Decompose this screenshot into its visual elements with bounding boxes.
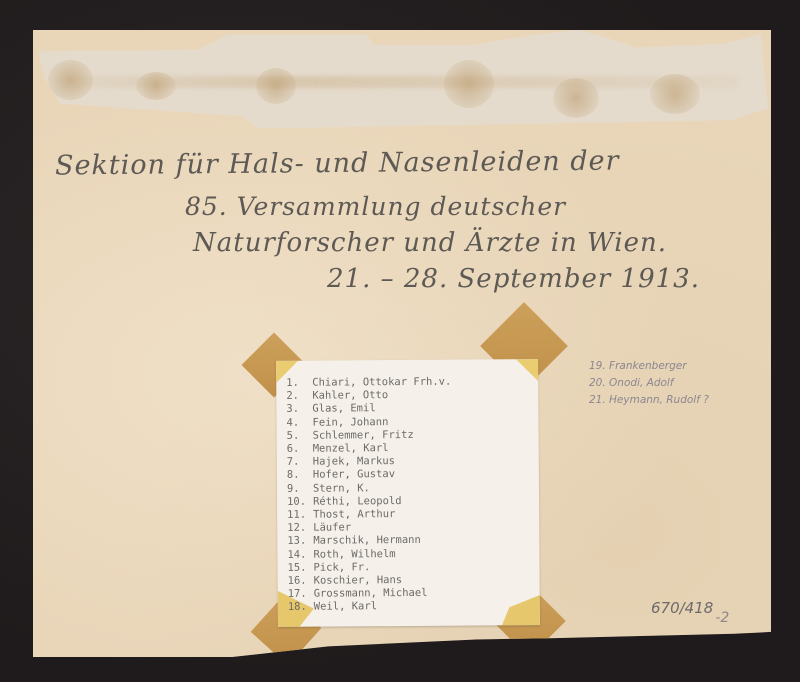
list-item: 17.Grossmann, Michael xyxy=(288,587,453,601)
participant-name: Schlemmer, Fritz xyxy=(313,429,414,442)
participant-name: Grossmann, Michael xyxy=(314,587,428,600)
list-item: 8.Hofer, Gustav xyxy=(287,468,452,482)
participant-name: Kahler, Otto xyxy=(312,389,388,402)
participant-name: Stern, K. xyxy=(313,482,370,494)
list-item: 6.Menzel, Karl xyxy=(287,442,452,456)
list-item: 13.Marschik, Hermann xyxy=(287,534,452,548)
handwritten-title-line-3: Naturforscher und Ärzte in Wien. xyxy=(193,228,667,258)
list-item: 4.Fein, Johann xyxy=(286,415,451,429)
list-item: 18.Weil, Karl xyxy=(288,600,453,614)
participant-name: Hofer, Gustav xyxy=(313,469,395,482)
list-item: 2.Kahler, Otto xyxy=(286,389,451,403)
tape-stain xyxy=(553,78,599,118)
tape-stain xyxy=(256,68,296,104)
tape-stain xyxy=(136,72,176,100)
participant-list: 1.Chiari, Ottokar Frh.v. 2.Kahler, Otto … xyxy=(286,376,453,615)
participant-name: Thost, Arthur xyxy=(313,508,395,521)
card-corner-tape xyxy=(502,595,540,625)
list-item: 16.Koschier, Hans xyxy=(288,574,453,588)
list-item: 14.Roth, Wilhelm xyxy=(287,547,452,561)
list-item: 3.Glas, Emil xyxy=(286,402,451,416)
participant-name: Fein, Johann xyxy=(312,416,388,429)
participant-name: Réthi, Leopold xyxy=(313,495,402,508)
participant-name: Weil, Karl xyxy=(314,601,377,613)
pencil-additions: 19. Frankenberger 20. Onodi, Adolf 21. H… xyxy=(589,358,709,409)
card-corner-tape xyxy=(516,359,538,381)
list-item: 15.Pick, Fr. xyxy=(287,561,452,575)
archive-call-number: 670/418-2 xyxy=(651,600,729,618)
handwritten-date-line: 21. – 28. September 1913. xyxy=(327,264,700,294)
pencil-addition-item: 20. Onodi, Adolf xyxy=(589,375,709,392)
list-item: 11.Thost, Arthur xyxy=(287,508,452,522)
photo-mount-sheet: Sektion für Hals- und Nasenleiden der 85… xyxy=(33,30,771,657)
pencil-addition-item: 21. Heymann, Rudolf ? xyxy=(589,392,709,409)
handwritten-title-line-1: Sektion für Hals- und Nasenleiden der xyxy=(55,146,620,182)
handwritten-title-line-2: 85. Versammlung deutscher xyxy=(185,192,566,221)
participant-name: Roth, Wilhelm xyxy=(313,548,395,561)
participant-name: Menzel, Karl xyxy=(313,442,389,455)
adhesive-tape-strip xyxy=(38,30,768,128)
participant-name: Läufer xyxy=(313,522,351,534)
list-item: 5.Schlemmer, Fritz xyxy=(287,429,452,443)
tape-stain xyxy=(650,74,700,114)
participant-name: Marschik, Hermann xyxy=(313,534,421,547)
participant-name: Hajek, Markus xyxy=(313,455,395,468)
tape-stain xyxy=(444,60,494,108)
list-item: 9.Stern, K. xyxy=(287,481,452,495)
call-number-main: 670/418 xyxy=(651,599,713,617)
list-item: 7.Hajek, Markus xyxy=(287,455,452,469)
typed-name-card: 1.Chiari, Ottokar Frh.v. 2.Kahler, Otto … xyxy=(276,359,540,627)
list-item: 1.Chiari, Ottokar Frh.v. xyxy=(286,376,451,390)
participant-name: Pick, Fr. xyxy=(313,561,370,573)
call-number-suffix: -2 xyxy=(715,610,729,626)
tape-stain xyxy=(48,60,93,100)
list-item: 12.Läufer xyxy=(287,521,452,535)
participant-name: Koschier, Hans xyxy=(314,574,403,587)
participant-name: Glas, Emil xyxy=(312,403,375,415)
pencil-addition-item: 19. Frankenberger xyxy=(589,358,709,375)
participant-name: Chiari, Ottokar Frh.v. xyxy=(312,376,451,389)
list-item: 10.Réthi, Leopold xyxy=(287,495,452,509)
